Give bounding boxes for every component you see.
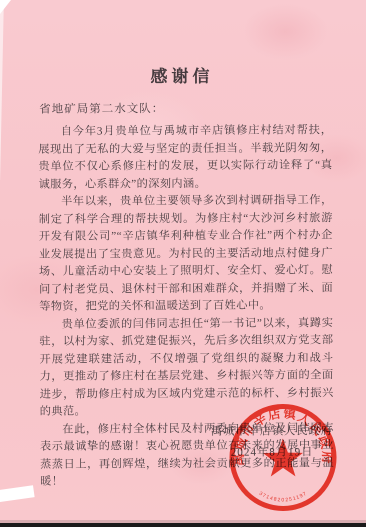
letter-content: 感谢信 省地矿局第二水文队： 自今年3月贵单位与禹城市辛店镇修庄村结对帮扶，展现…	[0, 0, 366, 527]
letter-photo: 感谢信 省地矿局第二水文队： 自今年3月贵单位与禹城市辛店镇修庄村结对帮扶，展现…	[0, 0, 366, 527]
photo-edge-bottom	[0, 523, 366, 527]
paragraph-2: 半年以来，贵单位主要领导多次到村调研指导工作，制定了科学合理的帮扶规划。为修庄村…	[39, 192, 334, 316]
seal-number: 3714820251197	[258, 490, 309, 503]
svg-text:3714820251197: 3714820251197	[258, 490, 309, 503]
paragraph-1: 自今年3月贵单位与禹城市辛店镇修庄村结对帮扶，展现出了无私的大爱与坚定的责任担当…	[38, 122, 332, 194]
star-icon	[263, 438, 303, 476]
letter-title: 感谢信	[0, 61, 365, 88]
photo-corner-top-left	[0, 0, 11, 14]
official-seal: 禹城市辛店镇人民政府 3714820251197	[227, 401, 340, 514]
salutation: 省地矿局第二水文队：	[39, 100, 164, 117]
letter-paper: 感谢信 省地矿局第二水文队： 自今年3月贵单位与禹城市辛店镇修庄村结对帮扶，展现…	[0, 0, 366, 527]
